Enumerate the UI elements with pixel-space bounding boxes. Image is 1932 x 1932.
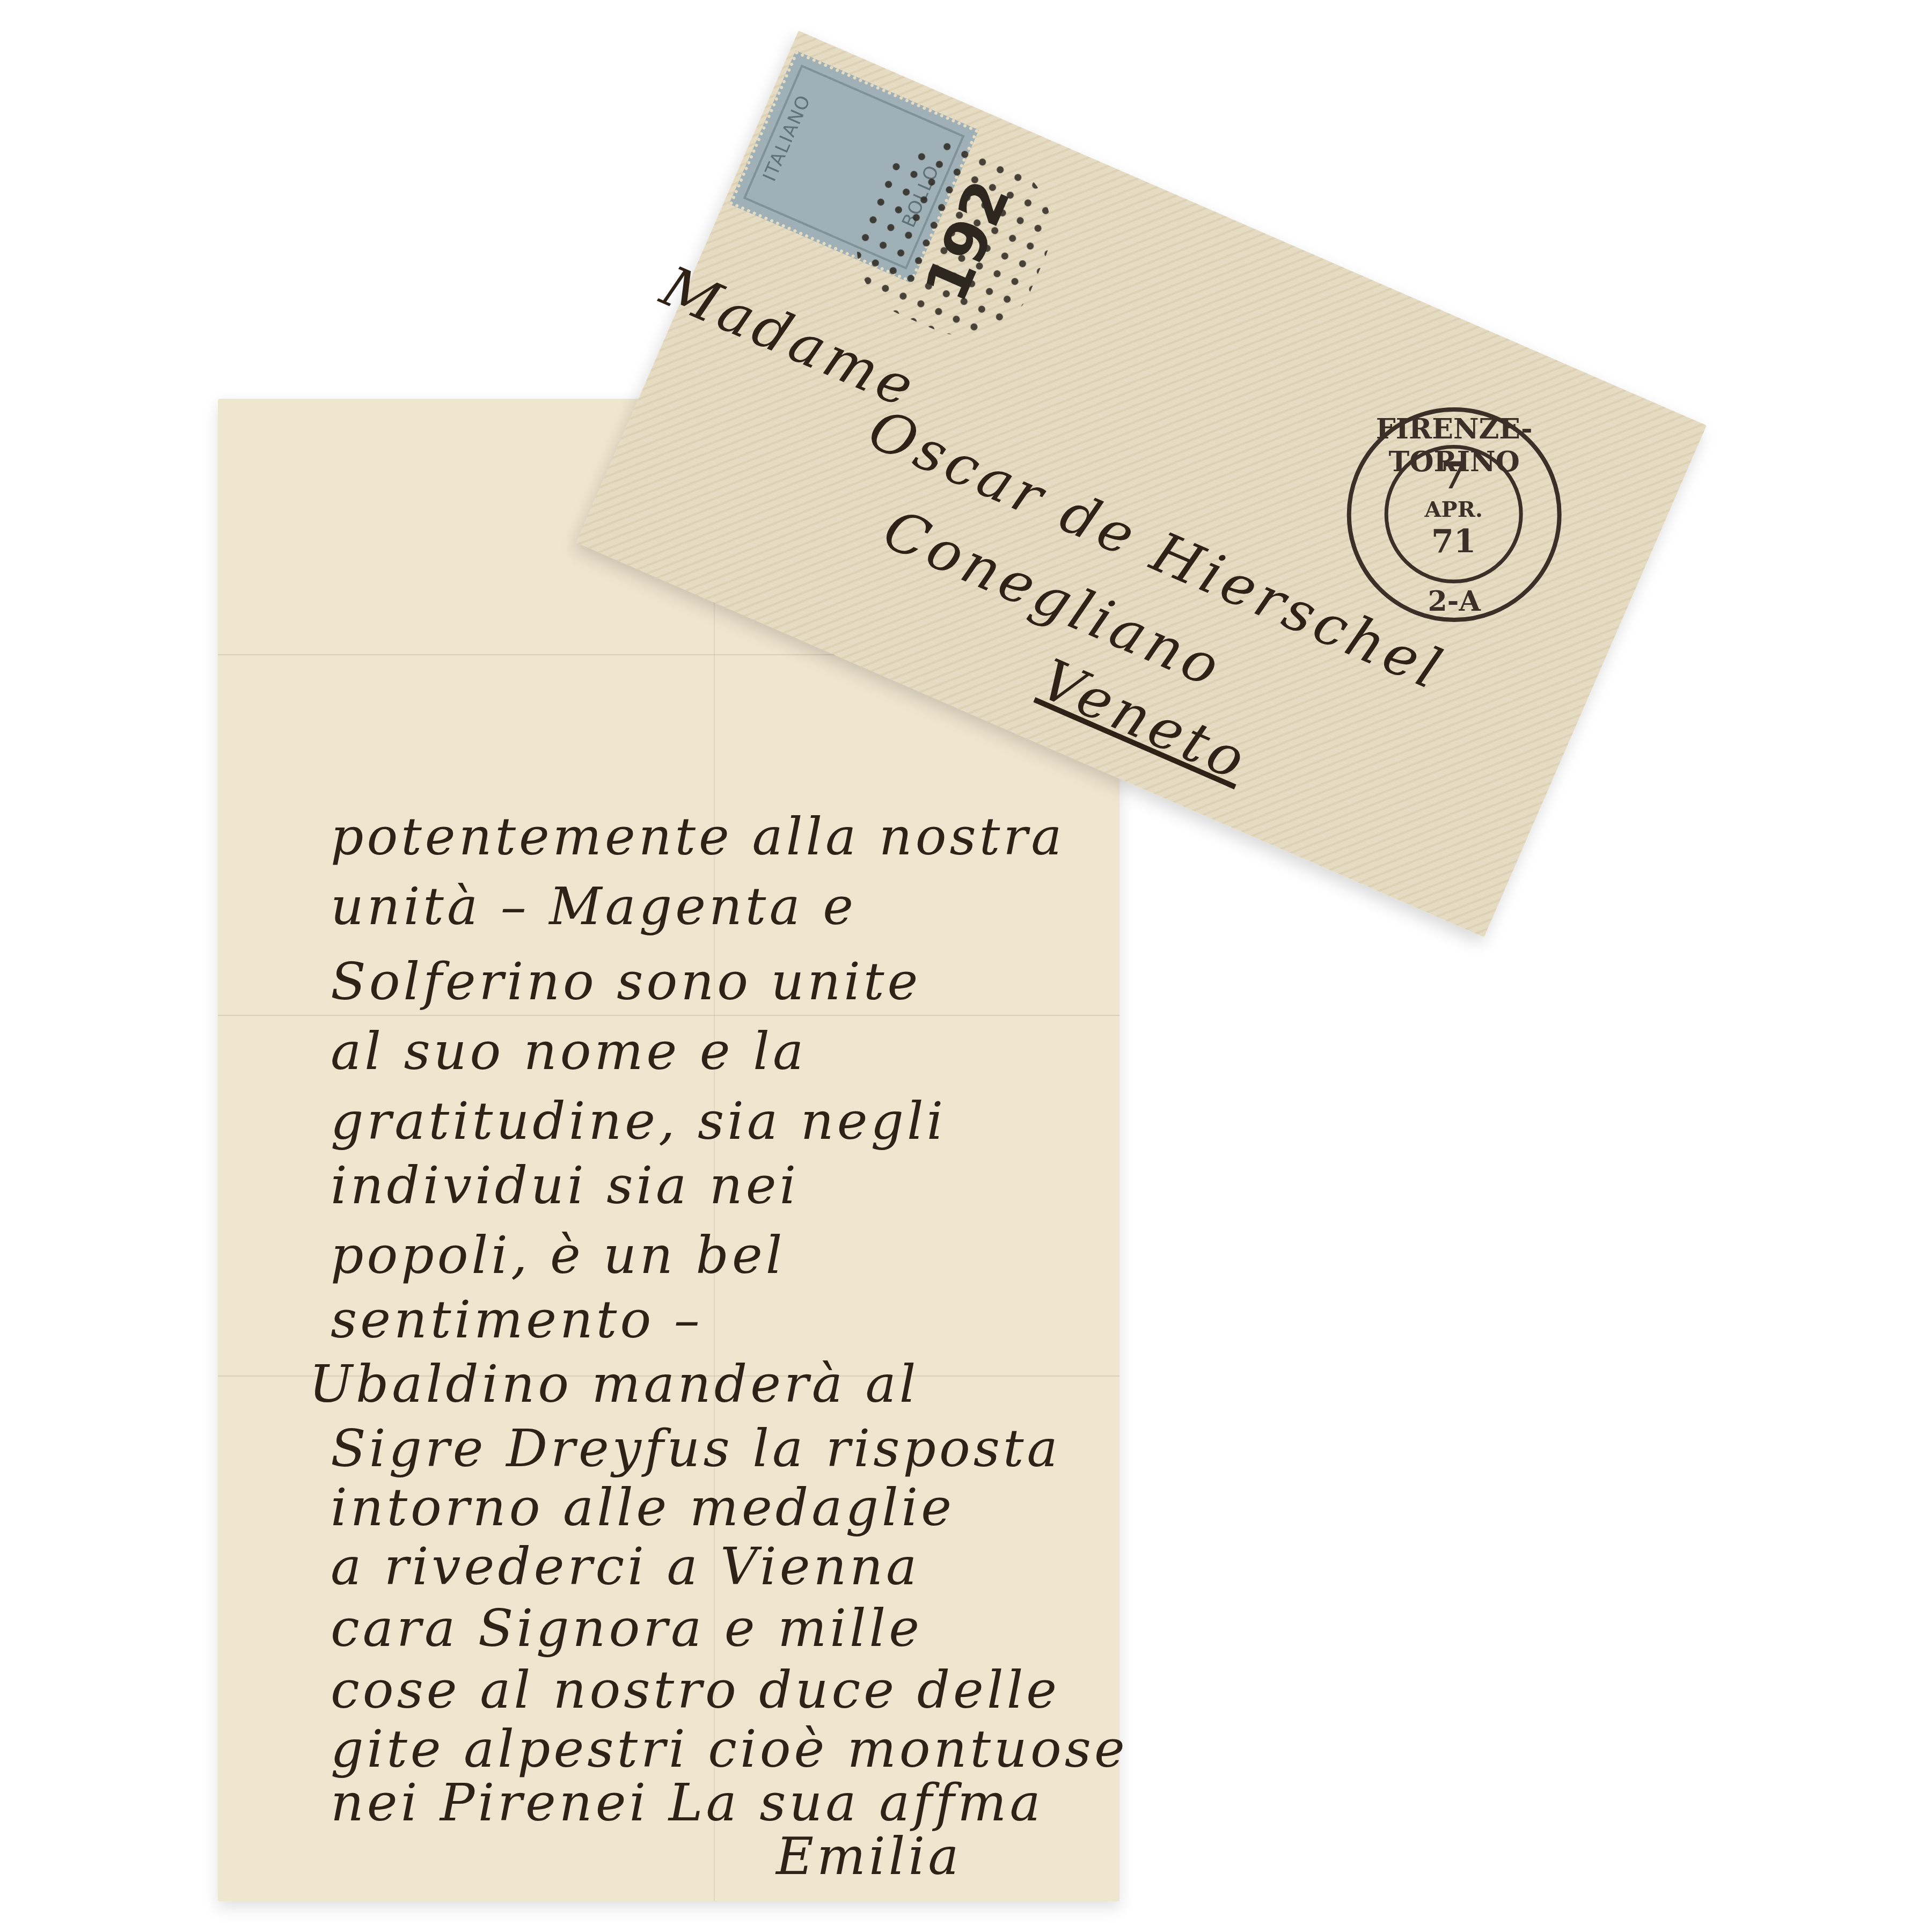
postmark-year: 71 <box>1388 523 1519 560</box>
letter-line: intorno alle medaglie <box>331 1477 955 1538</box>
letter-line: cara Signora e mille <box>331 1598 923 1658</box>
letter-line: gratitudine, sia negli <box>331 1091 946 1151</box>
letter-line: Solferino sono unite <box>331 952 921 1012</box>
letter-line: potentemente alla nostra <box>331 807 1065 867</box>
letter-line: popoli, è un bel <box>331 1225 785 1285</box>
letter-line: nei Pirenei La sua affma <box>331 1773 1044 1833</box>
postmark-day: 7 <box>1388 454 1519 497</box>
letter-line: individui sia nei <box>331 1155 799 1216</box>
letter-line: cose al nostro duce delle <box>331 1660 1060 1720</box>
letter-line: a rivederci a Vienna <box>331 1536 920 1597</box>
letter-line: sentimento – <box>331 1290 703 1350</box>
postmark: FIRENZE-TORINO 7 APR. 71 2-A <box>1347 407 1562 622</box>
signature: Emilia <box>776 1826 962 1886</box>
letter-line: al suo nome e la <box>331 1021 807 1081</box>
letter-line: Sigre Dreyfus la risposta <box>331 1418 1061 1479</box>
fold-line <box>218 1015 1119 1016</box>
stamp-text-top: ITALIANO <box>759 91 815 185</box>
letter-line: gite alpestri cioè montuose <box>331 1719 1128 1779</box>
postmark-date: 7 APR. 71 <box>1385 445 1523 583</box>
letter-line: Ubaldino manderà al <box>309 1354 919 1414</box>
letter-line: unità – Magenta e <box>331 876 857 936</box>
postmark-month: APR. <box>1388 497 1519 523</box>
